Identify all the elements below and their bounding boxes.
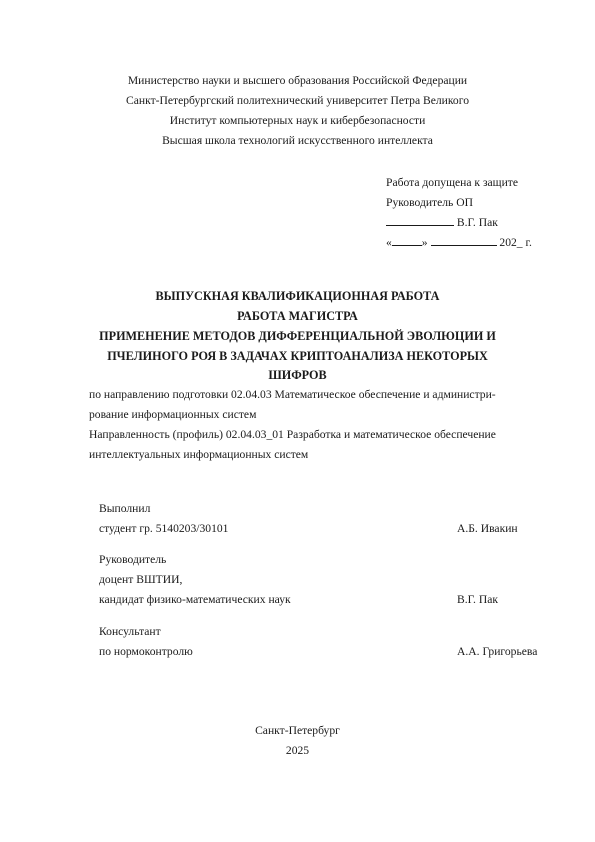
month-blank bbox=[431, 234, 497, 246]
signature-blank bbox=[386, 214, 454, 226]
direction-line-1: по направлению подготовки 02.04.03 Матем… bbox=[89, 385, 496, 405]
day-blank bbox=[392, 234, 422, 246]
student-name: А.Б. Ивакин bbox=[457, 519, 518, 539]
approval-date-line: «» 202_ г. bbox=[386, 233, 532, 253]
consultant-role: Консультант bbox=[99, 622, 161, 642]
header-institute: Институт компьютерных наук и кибербезопа… bbox=[0, 111, 595, 131]
header-university: Санкт-Петербургский политехнический унив… bbox=[0, 91, 595, 111]
topic-line-3: ШИФРОВ bbox=[0, 365, 595, 385]
consultant-name: А.А. Григорьева bbox=[457, 642, 537, 662]
approval-signer: В.Г. Пак bbox=[457, 216, 498, 229]
quote-close: » bbox=[422, 236, 428, 249]
degree-type: РАБОТА МАГИСТРА bbox=[0, 306, 595, 326]
supervisor-role: Руководитель bbox=[99, 550, 166, 570]
consultant-area: по нормоконтролю bbox=[99, 642, 193, 662]
footer-city: Санкт-Петербург bbox=[0, 721, 595, 741]
topic-line-2: ПЧЕЛИНОГО РОЯ В ЗАДАЧАХ КРИПТОАНАЛИЗА НЕ… bbox=[0, 346, 595, 366]
work-type: ВЫПУСКНАЯ КВАЛИФИКАЦИОННАЯ РАБОТА bbox=[0, 286, 595, 306]
profile-line-1: Направленность (профиль) 02.04.03_01 Раз… bbox=[89, 425, 496, 445]
profile-line-2: интеллектуальных информационных систем bbox=[89, 445, 308, 465]
header-school: Высшая школа технологий искусственного и… bbox=[0, 131, 595, 151]
student-role: Выполнил bbox=[99, 499, 150, 519]
supervisor-name: В.Г. Пак bbox=[457, 590, 498, 610]
supervisor-position: доцент ВШТИИ, bbox=[99, 570, 182, 590]
supervisor-degree: кандидат физико-математических наук bbox=[99, 590, 291, 610]
approval-admitted: Работа допущена к защите bbox=[386, 173, 518, 193]
direction-line-2: рование информационных систем bbox=[89, 405, 256, 425]
topic-line-1: ПРИМЕНЕНИЕ МЕТОДОВ ДИФФЕРЕНЦИАЛЬНОЙ ЭВОЛ… bbox=[0, 326, 595, 346]
footer-year: 2025 bbox=[0, 741, 595, 761]
header-ministry: Министерство науки и высшего образования… bbox=[0, 71, 595, 91]
approval-signature-line: В.Г. Пак bbox=[386, 213, 498, 233]
student-group: студент гр. 5140203/30101 bbox=[99, 519, 228, 539]
approval-year: 202_ г. bbox=[499, 236, 531, 249]
approval-role: Руководитель ОП bbox=[386, 193, 473, 213]
